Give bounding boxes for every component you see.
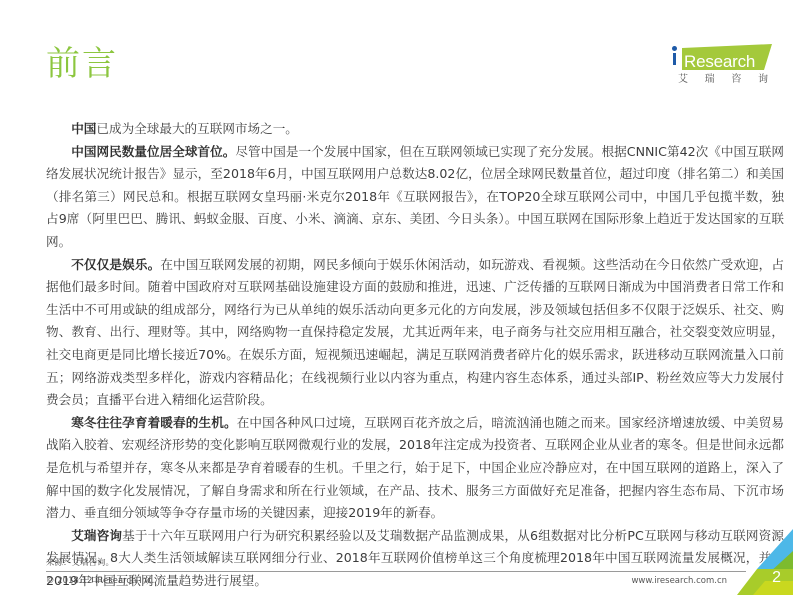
paragraph-text: 尽管中国是一个发展中国家，但在互联网领域已实现了充分发展。根据CNNIC第42次… [46, 144, 784, 249]
paragraph-intro: 中国已成为全球最大的互联网市场之一。 [46, 118, 784, 141]
paragraph-text: 已成为全球最大的互联网市场之一。 [96, 121, 298, 136]
preface-body: 中国已成为全球最大的互联网市场之一。 中国网民数量位居全球首位。尽管中国是一个发… [46, 118, 784, 592]
logo-i-stem-icon [673, 53, 676, 65]
paragraph-lead: 不仅仅是娱乐。 [71, 257, 160, 272]
page-title: 前言 [46, 44, 118, 84]
paragraph-lead: 寒冬往往孕育着暖春的生机。 [71, 415, 237, 430]
paragraph-text: 在中国互联网发展的初期，网民多倾向于娱乐休闲活动，如玩游戏、看视频。这些活动在今… [46, 257, 784, 408]
logo-cn-char: 咨 [731, 74, 741, 86]
source-note: 来源：艾瑞咨询。 [46, 558, 114, 568]
page-corner-decoration: 2 [735, 529, 793, 595]
logo-i-dot-icon [672, 46, 677, 51]
paragraph-winter: 寒冬往往孕育着暖春的生机。在中国各种风口过境，互联网百花齐放之后，暗流汹涌也随之… [46, 412, 784, 525]
paragraph-lead: 中国 [71, 121, 96, 136]
logo-cn-char: 询 [758, 74, 768, 86]
paragraph-text: 在中国各种风口过境，互联网百花齐放之后，暗流汹涌也随之而来。国家经济增速放缓、中… [46, 415, 784, 520]
logo-brand-text: Research [684, 51, 755, 73]
paragraph-lead: 艾瑞咨询 [71, 528, 122, 543]
logo-cn-char: 艾 [678, 74, 688, 86]
footer-divider [46, 571, 746, 572]
paragraph-lead: 中国网民数量位居全球首位。 [71, 144, 235, 159]
page-number: 2 [772, 569, 781, 587]
copyright-text: © 2018.12 iResearch Inc. [46, 576, 154, 587]
logo-chinese-name: 艾 瑞 咨 询 [678, 74, 768, 86]
corner-triangles-icon [735, 529, 793, 595]
logo-banner: Research [680, 44, 772, 70]
paragraph-entertainment: 不仅仅是娱乐。在中国互联网发展的初期，网民多倾向于娱乐休闲活动，如玩游戏、看视频… [46, 254, 784, 412]
iresearch-logo: Research 艾 瑞 咨 询 [672, 38, 772, 88]
paragraph-netizens: 中国网民数量位居全球首位。尽管中国是一个发展中国家，但在互联网领域已实现了充分发… [46, 141, 784, 254]
website-link[interactable]: www.iresearch.com.cn [631, 576, 727, 587]
logo-cn-char: 瑞 [705, 74, 715, 86]
